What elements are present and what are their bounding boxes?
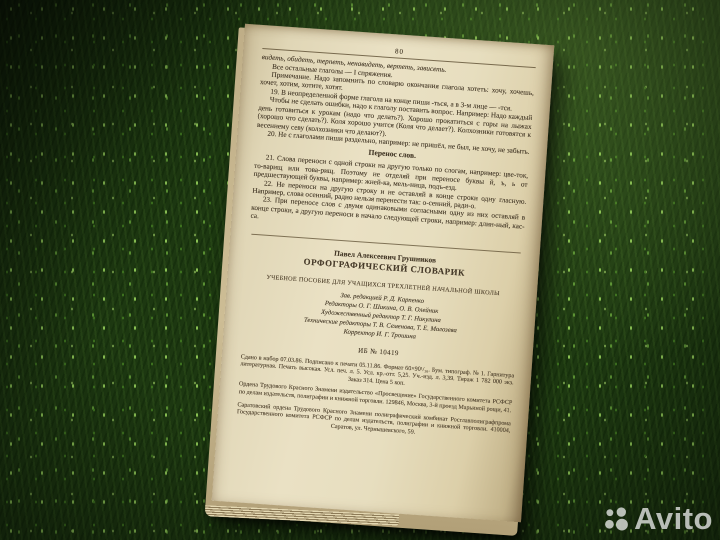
imprint-block: Сдано в набор 07.03.86. Подписано к печа… <box>236 354 514 444</box>
watermark: Avito <box>603 501 713 537</box>
watermark-label: Avito <box>634 501 713 537</box>
book: 80 видеть, обидеть, терпеть, ненавидеть,… <box>212 24 555 522</box>
book-page: 80 видеть, обидеть, терпеть, ненавидеть,… <box>212 24 555 522</box>
photo: 80 видеть, обидеть, терпеть, ненавидеть,… <box>0 0 720 540</box>
page-body-top: видеть, обидеть, терпеть, ненавидеть, ве… <box>256 53 535 156</box>
avito-circles-icon <box>603 506 629 532</box>
